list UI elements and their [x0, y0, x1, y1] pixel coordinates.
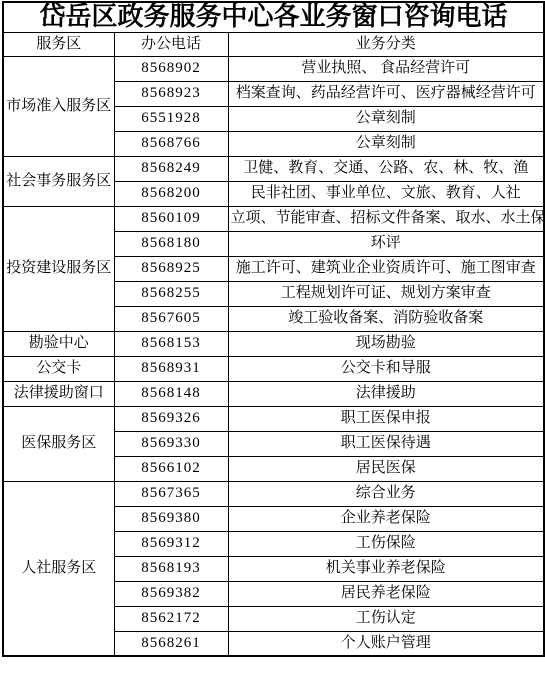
phone-cell: 8568180: [114, 231, 228, 256]
service-area-cell: 社会事务服务区: [3, 156, 114, 206]
business-cell: 综合业务: [228, 481, 544, 506]
business-cell: 环评: [228, 231, 544, 256]
business-cell: 营业执照、 食品经营许可: [228, 56, 544, 81]
business-cell: 竣工验收备案、消防验收备案: [228, 306, 544, 331]
phone-cell: 8569312: [114, 531, 228, 556]
header-row: 服务区 办公电话 业务分类: [3, 32, 544, 56]
business-cell: 企业养老保险: [228, 506, 544, 531]
table-row: 社会事务服务区 8568249 卫健、教育、交通、公路、农、林、牧、渔: [3, 156, 544, 181]
phone-cell: 8569382: [114, 581, 228, 606]
business-cell: 现场勘验: [228, 331, 544, 356]
column-header-business-category: 业务分类: [228, 32, 544, 56]
table-row: 市场准入服务区 8568902 营业执照、 食品经营许可: [3, 56, 544, 81]
phone-directory-table: 岱岳区政务服务中心各业务窗口咨询电话 服务区 办公电话 业务分类 市场准入服务区…: [2, 1, 545, 657]
business-cell: 居民医保: [228, 456, 544, 481]
phone-cell: 8562172: [114, 606, 228, 631]
business-cell: 工伤认定: [228, 606, 544, 631]
business-cell: 立项、节能审查、招标文件备案、取水、水土保持: [228, 206, 544, 231]
business-cell: 居民养老保险: [228, 581, 544, 606]
business-cell: 职工医保申报: [228, 406, 544, 431]
phone-cell: 8568153: [114, 331, 228, 356]
phone-cell: 8568925: [114, 256, 228, 281]
title-row: 岱岳区政务服务中心各业务窗口咨询电话: [3, 2, 544, 32]
table-row: 投资建设服务区 8560109 立项、节能审查、招标文件备案、取水、水土保持: [3, 206, 544, 231]
phone-cell: 8568249: [114, 156, 228, 181]
phone-cell: 8568200: [114, 181, 228, 206]
phone-cell: 8569380: [114, 506, 228, 531]
business-cell: 公交卡和导服: [228, 356, 544, 381]
business-cell: 个人账户管理: [228, 631, 544, 656]
service-area-cell: 勘验中心: [3, 331, 114, 356]
service-area-cell: 投资建设服务区: [3, 206, 114, 331]
column-header-service-area: 服务区: [3, 32, 114, 56]
service-area-cell: 公交卡: [3, 356, 114, 381]
phone-cell: 8568193: [114, 556, 228, 581]
business-cell: 卫健、教育、交通、公路、农、林、牧、渔: [228, 156, 544, 181]
service-area-cell: 人社服务区: [3, 481, 114, 656]
service-area-cell: 市场准入服务区: [3, 56, 114, 156]
business-cell: 公章刻制: [228, 106, 544, 131]
table-row: 人社服务区 8567365 综合业务: [3, 481, 544, 506]
phone-cell: 8566102: [114, 456, 228, 481]
phone-cell: 8567365: [114, 481, 228, 506]
business-cell: 民非社团、事业单位、文旅、教育、人社: [228, 181, 544, 206]
business-cell: 工伤保险: [228, 531, 544, 556]
business-cell: 工程规划许可证、规划方案审查: [228, 281, 544, 306]
business-cell: 施工许可、建筑业企业资质许可、施工图审查: [228, 256, 544, 281]
page-title: 岱岳区政务服务中心各业务窗口咨询电话: [3, 2, 544, 32]
phone-cell: 8568923: [114, 81, 228, 106]
service-area-cell: 法律援助窗口: [3, 381, 114, 406]
business-cell: 公章刻制: [228, 131, 544, 156]
business-cell: 档案查询、药品经营许可、医疗器械经营许可: [228, 81, 544, 106]
phone-cell: 8568261: [114, 631, 228, 656]
service-area-cell: 医保服务区: [3, 406, 114, 481]
phone-cell: 8568255: [114, 281, 228, 306]
phone-cell: 8568931: [114, 356, 228, 381]
phone-cell: 6551928: [114, 106, 228, 131]
phone-cell: 8569326: [114, 406, 228, 431]
phone-cell: 8567605: [114, 306, 228, 331]
table-row: 公交卡 8568931 公交卡和导服: [3, 356, 544, 381]
table-row: 医保服务区 8569326 职工医保申报: [3, 406, 544, 431]
phone-cell: 8568902: [114, 56, 228, 81]
phone-cell: 8569330: [114, 431, 228, 456]
business-cell: 法律援助: [228, 381, 544, 406]
column-header-office-phone: 办公电话: [114, 32, 228, 56]
phone-cell: 8568766: [114, 131, 228, 156]
business-cell: 机关事业养老保险: [228, 556, 544, 581]
phone-cell: 8560109: [114, 206, 228, 231]
table-row: 勘验中心 8568153 现场勘验: [3, 331, 544, 356]
table-row: 法律援助窗口 8568148 法律援助: [3, 381, 544, 406]
business-cell: 职工医保待遇: [228, 431, 544, 456]
phone-cell: 8568148: [114, 381, 228, 406]
